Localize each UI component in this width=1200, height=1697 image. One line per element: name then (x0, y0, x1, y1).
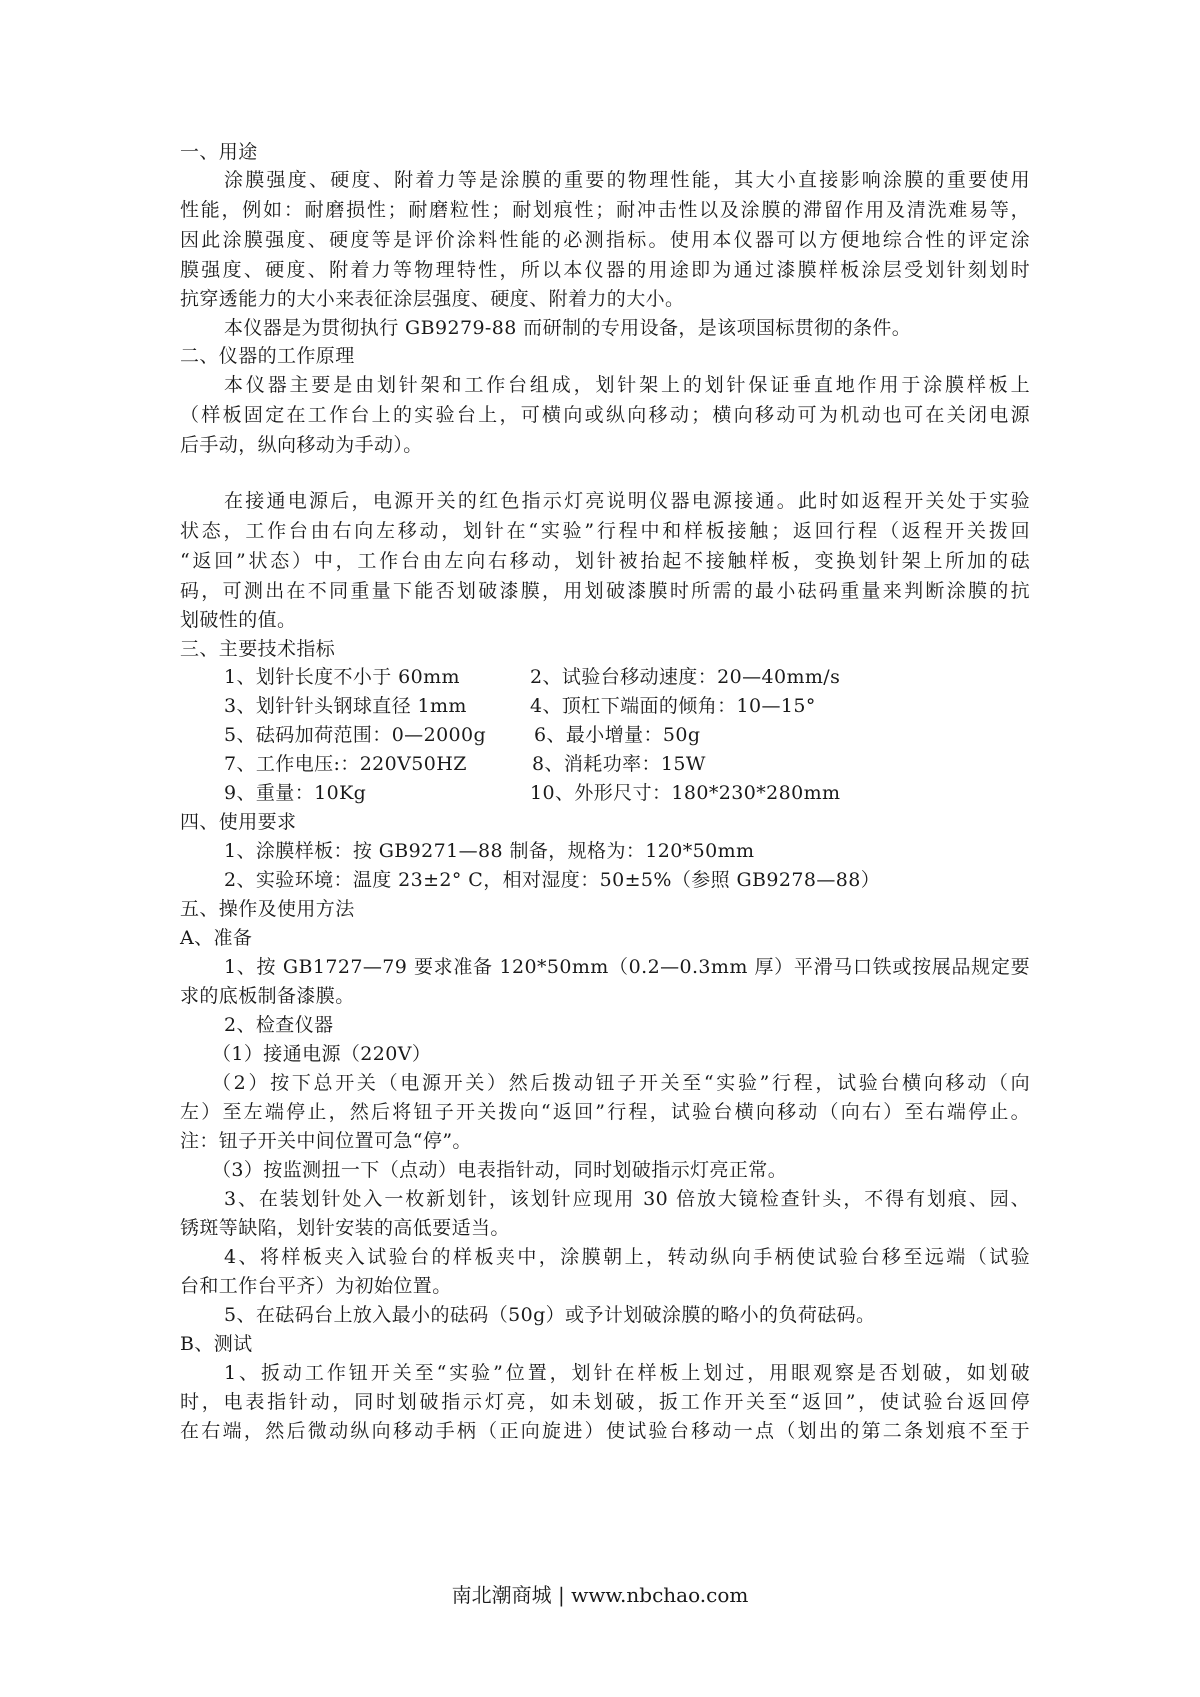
paragraph-line: 台和工作台平齐）为初始位置。 (180, 1272, 452, 1300)
spec-item: 3、划针针头钢球直径 1mm (224, 692, 467, 720)
paragraph-line: （样板固定在工作台上的实验台上，可横向或纵向移动；横向移动可为机动也可在关闭电源 (180, 401, 1030, 429)
paragraph-line: 求的底板制备漆膜。 (180, 982, 355, 1010)
paragraph-line: 在右端，然后微动纵向移动手柄（正向旋进）使试验台移动一点（划出的第二条划痕不至于 (180, 1417, 1030, 1445)
spec-item: 6、最小增量：50g (534, 721, 700, 749)
paragraph-line: 膜强度、硬度、附着力等物理特性，所以本仪器的用途即为通过漆膜样板涂层受划针刻划时 (180, 256, 1030, 284)
paragraph-line: 1、扳动工作钮开关至“实验”位置，划针在样板上划过，用眼观察是否划破，如划破 (224, 1359, 1030, 1387)
requirement-item: 1、涂膜样板：按 GB9271—88 制备，规格为：120*50mm (224, 837, 754, 865)
spec-item: 2、试验台移动速度：20—40mm/s (530, 663, 840, 691)
spec-item: 9、重量：10Kg (224, 779, 366, 807)
spec-item: 1、划针长度不小于 60mm (224, 663, 460, 691)
requirement-item: 2、实验环境：温度 23±2° C，相对湿度：50±5%（参照 GB9278—8… (224, 866, 880, 894)
list-item: 2、检查仪器 (224, 1011, 334, 1039)
spec-item: 4、顶杠下端面的倾角：10—15° (530, 692, 816, 720)
paragraph-line: “返回”状态）中，工作台由左向右移动，划针被抬起不接触样板，变换划针架上所加的砝 (180, 547, 1030, 575)
paragraph-line: 后手动，纵向移动为手动）。 (180, 431, 423, 459)
subsection-heading-testing: B、测试 (180, 1330, 253, 1358)
paragraph-line: 抗穿透能力的大小来表征涂层强度、硬度、附着力的大小。 (180, 285, 684, 313)
spec-item: 8、消耗功率：15W (532, 750, 706, 778)
paragraph-line: 左）至左端停止，然后将钮子开关拨向“返回”行程，试验台横向移动（向右）至右端停止… (180, 1098, 1030, 1126)
paragraph-line: 状态，工作台由右向左移动，划针在“实验”行程中和样板接触；返回行程（返程开关拨回 (180, 517, 1030, 545)
paragraph-line: 划破性的值。 (180, 606, 296, 634)
paragraph-line: 本仪器主要是由划针架和工作台组成，划针架上的划针保证垂直地作用于涂膜样板上 (224, 371, 1030, 399)
subsection-heading-preparation: A、准备 (180, 924, 252, 952)
section-heading-purpose: 一、用途 (180, 138, 258, 166)
spec-item: 7、工作电压:：220V50HZ (224, 750, 467, 778)
paragraph-line: 4、将样板夹入试验台的样板夹中，涂膜朝上，转动纵向手柄使试验台移至远端（试验 (224, 1243, 1030, 1271)
paragraph-line: 性能，例如：耐磨损性；耐磨粒性；耐划痕性；耐冲击性以及涂膜的滞留作用及清洗难易等… (180, 196, 1030, 224)
section-heading-principle: 二、仪器的工作原理 (180, 342, 355, 370)
paragraph: 本仪器是为贯彻执行 GB9279-88 而研制的专用设备，是该项国标贯彻的条件。 (224, 314, 911, 342)
section-heading-specs: 三、主要技术指标 (180, 635, 335, 663)
paragraph-line: 码，可测出在不同重量下能否划破漆膜，用划破漆膜时所需的最小砝码重量来判断涂膜的抗 (180, 577, 1030, 605)
paragraph-line: （2）按下总开关（电源开关）然后拨动钮子开关至“实验”行程，试验台横向移动（向 (212, 1069, 1030, 1097)
list-subitem: （1）接通电源（220V） (212, 1040, 431, 1068)
spec-item: 10、外形尺寸：180*230*280mm (530, 779, 840, 807)
paragraph-line: 涂膜强度、硬度、附着力等是涂膜的重要的物理性能，其大小直接影响涂膜的重要使用 (224, 166, 1030, 194)
list-subitem: （3）按监测扭一下（点动）电表指针动，同时划破指示灯亮正常。 (212, 1156, 787, 1184)
paragraph-line: 3、在装划针处入一枚新划针，该划针应现用 30 倍放大镜检查针头，不得有划痕、园… (224, 1185, 1030, 1213)
spec-item: 5、砝码加荷范围：0—2000g (224, 721, 486, 749)
section-heading-requirements: 四、使用要求 (180, 808, 296, 836)
paragraph-line: 因此涂膜强度、硬度等是评价涂料性能的必测指标。使用本仪器可以方便地综合性的评定涂 (180, 226, 1030, 254)
document-page: 一、用途 涂膜强度、硬度、附着力等是涂膜的重要的物理性能，其大小直接影响涂膜的重… (0, 0, 1200, 1697)
paragraph-line: 锈斑等缺陷，划针安装的高低要适当。 (180, 1214, 510, 1242)
list-item: 5、在砝码台上放入最小的砝码（50g）或予计划破涂膜的略小的负荷砝码。 (224, 1301, 875, 1329)
paragraph-line: 在接通电源后，电源开关的红色指示灯亮说明仪器电源接通。此时如返程开关处于实验 (224, 487, 1030, 515)
paragraph-line: 1、按 GB1727—79 要求准备 120*50mm（0.2—0.3mm 厚）… (224, 953, 1030, 981)
page-footer: 南北潮商城 | www.nbchao.com (0, 1580, 1200, 1610)
paragraph-line: 注：钮子开关中间位置可急“停”。 (180, 1127, 472, 1155)
section-heading-operation: 五、操作及使用方法 (180, 895, 355, 923)
paragraph-line: 时，电表指针动，同时划破指示灯亮，如未划破，扳工作开关至“返回”，使试验台返回停 (180, 1388, 1030, 1416)
